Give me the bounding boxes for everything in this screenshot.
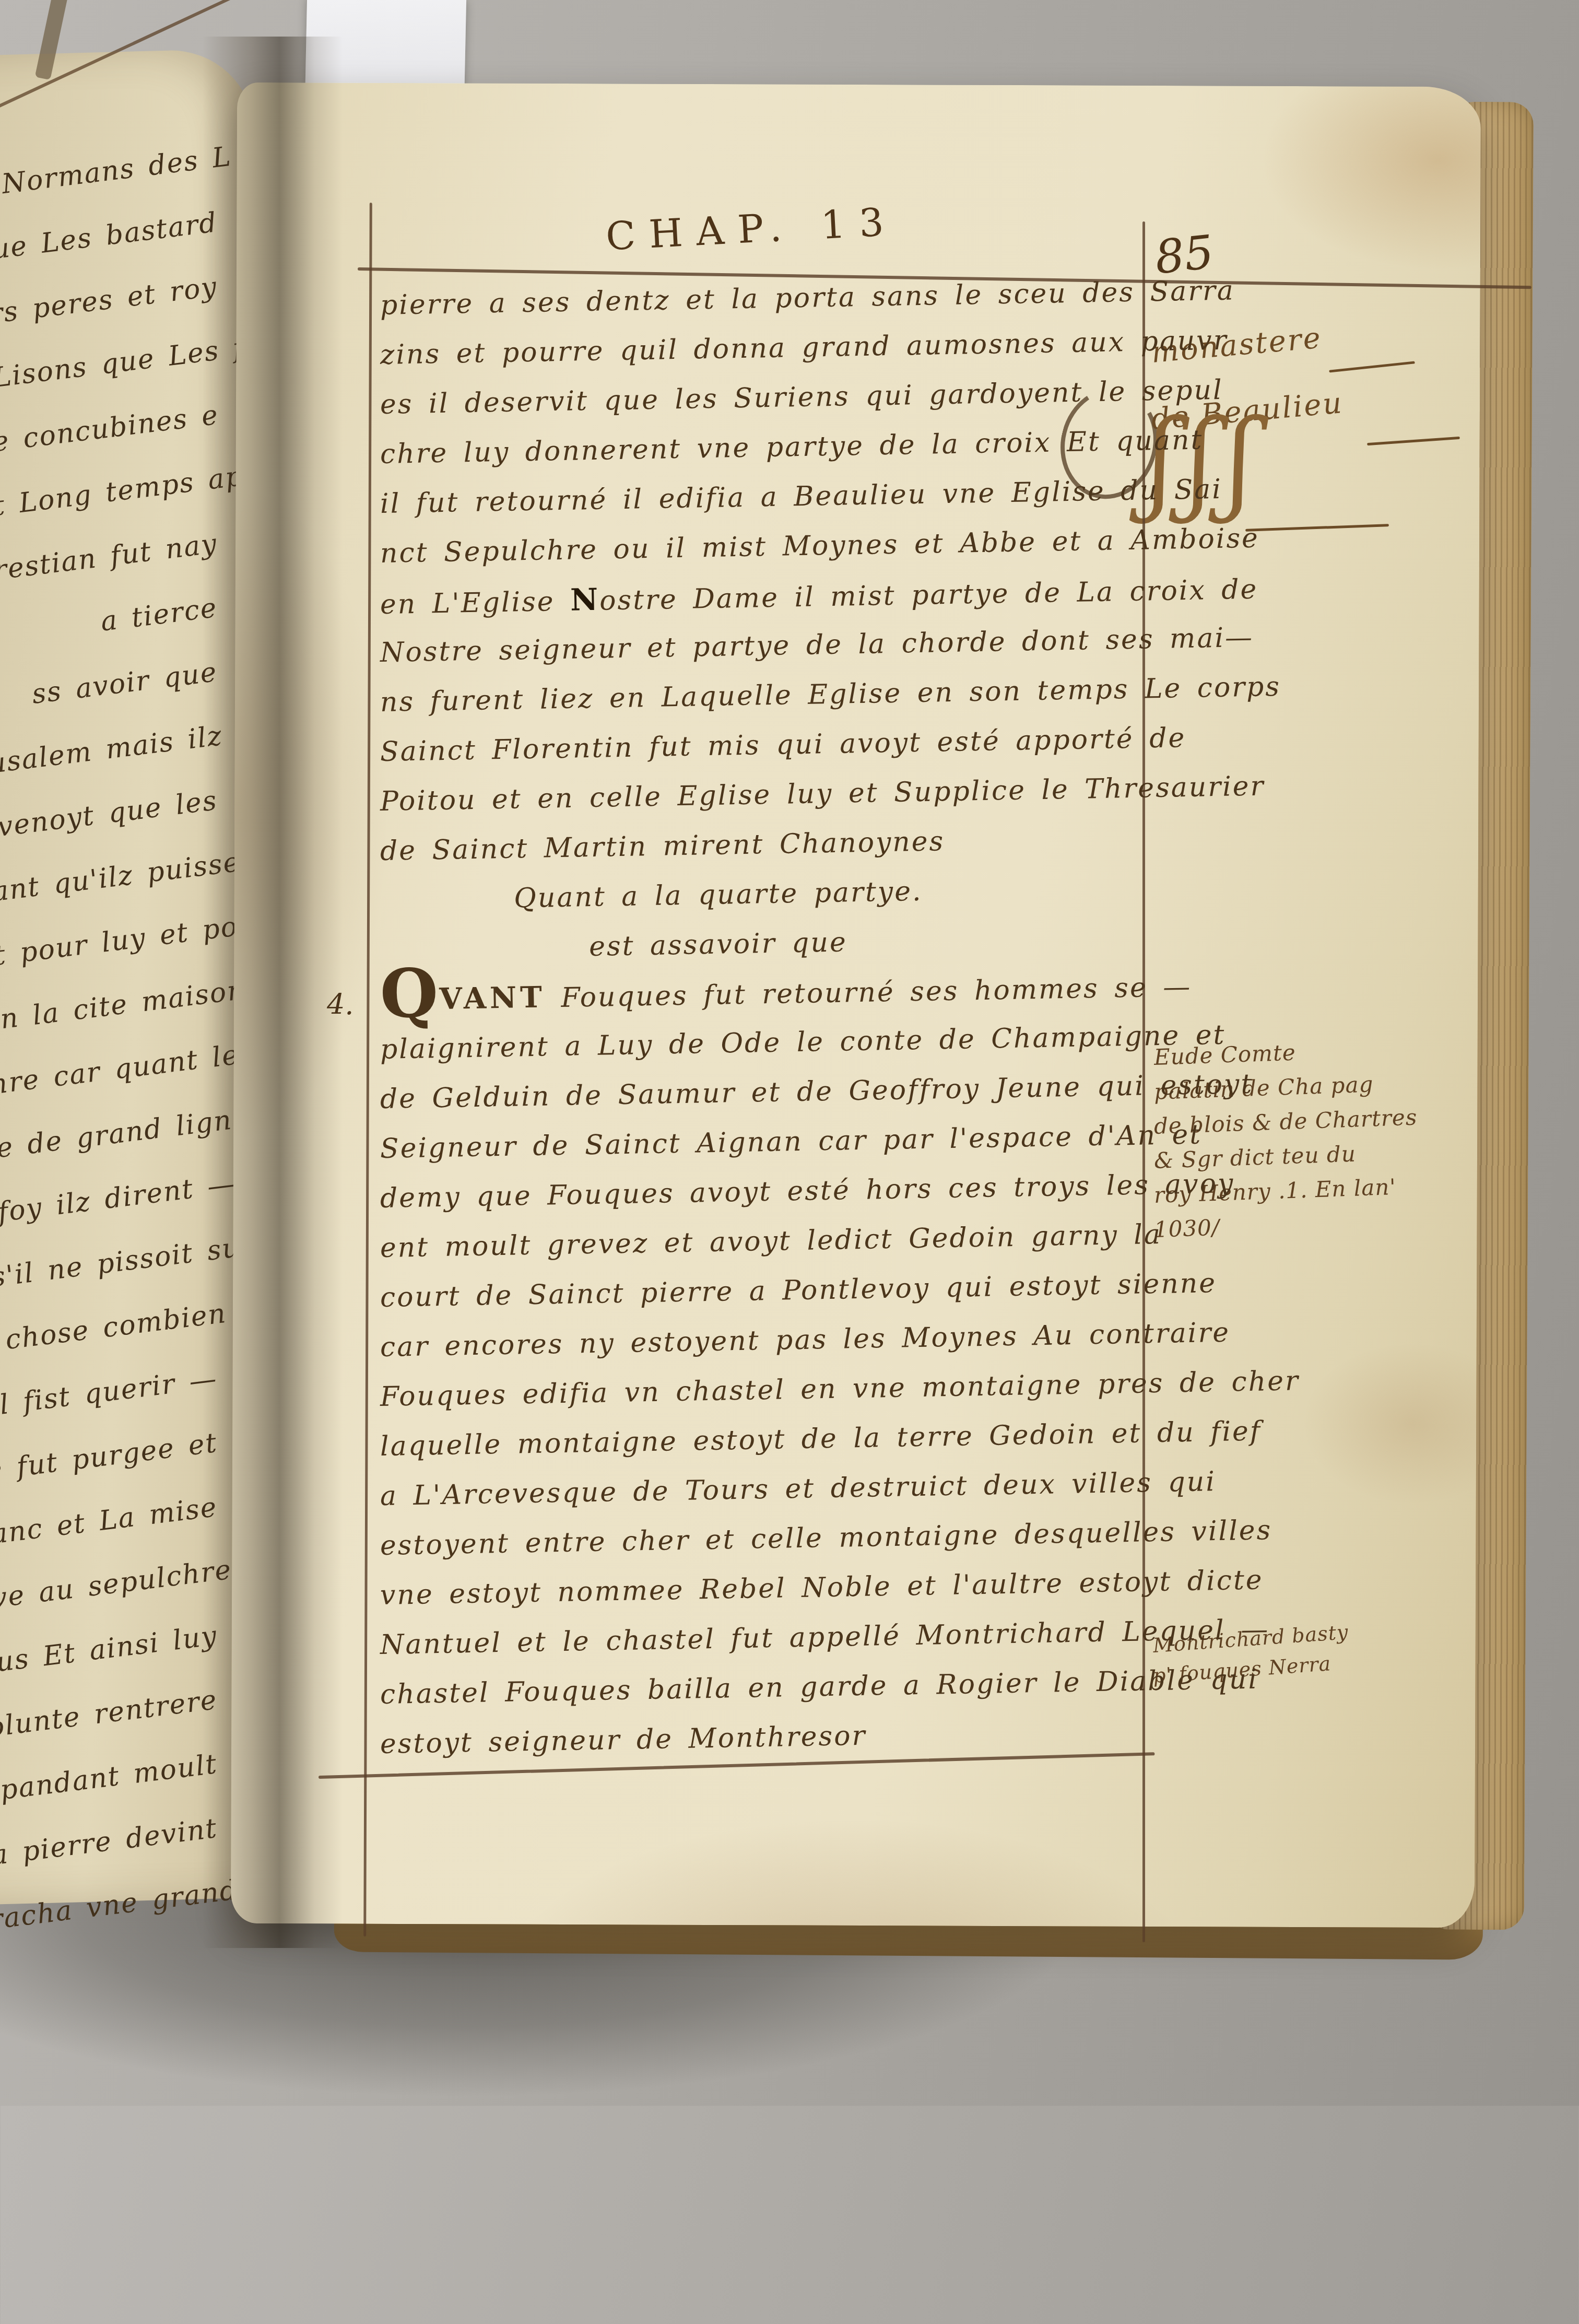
manuscript-line-segment: Fouques fut retourné ses hommes se — [545,971,1192,1014]
manuscript-line-segment: N [570,582,599,618]
main-text-block: pierre a ses dentz et la porta sans le s… [380,281,1145,1769]
section-number: 4. [327,988,354,1021]
gutter-shadow [203,37,343,1948]
manuscript-line-segment: VANT [439,980,546,1016]
left-page-text: mes des Normans des Les fut que Les bast… [0,125,225,1924]
manuscript-line-segment: Q [379,954,440,1034]
manuscript-line-segment: en L'Eglise [380,586,571,620]
